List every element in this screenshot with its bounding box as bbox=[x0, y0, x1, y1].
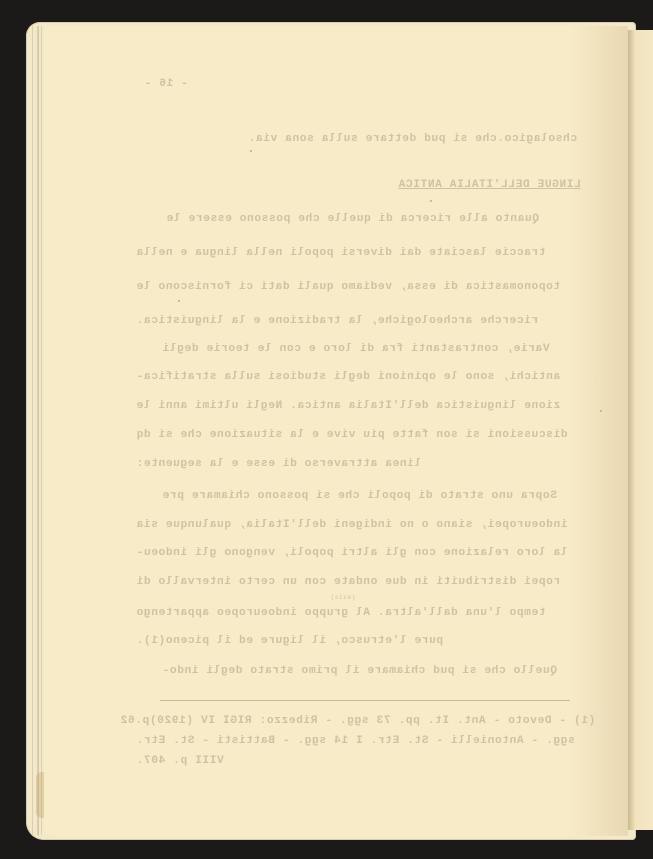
text-line: traccie lasciate dai diversi popoli nell… bbox=[136, 238, 546, 268]
text-line: ricerche archeologiche, la tradizione e … bbox=[136, 306, 538, 336]
page-edge-line bbox=[32, 26, 33, 835]
speck bbox=[430, 200, 432, 202]
page-number: - 16 - bbox=[144, 78, 188, 90]
text-line: tempo l'una dall'altra. Al gruppo indoeu… bbox=[136, 598, 546, 628]
page-edge-line bbox=[41, 26, 42, 835]
text-line: Sopra uno strato di popoli che si posson… bbox=[162, 481, 557, 511]
text-line: antichi, sono le opinioni degli studiosi… bbox=[136, 362, 560, 392]
text-line: discussioni si son fatte piu vive e la s… bbox=[136, 420, 568, 450]
speck bbox=[600, 410, 602, 412]
text-line: Quanto alle ricerca di quelle che posson… bbox=[166, 204, 539, 234]
text-line: ropei distribuiti in due ondate con un c… bbox=[136, 567, 560, 597]
text-line: Quello che si pud chiamare il primo stra… bbox=[162, 656, 557, 686]
scanned-book-page: - 16 - chsolagico.che si pud dettare sul… bbox=[0, 0, 653, 859]
section-heading: LINGUE DELL'ITALIA ANTICA bbox=[398, 170, 581, 200]
text-line: indoeuropei, siano o no indigeni dell'It… bbox=[136, 510, 568, 540]
footnote-line: (1) - Devoto - Ant. It. pp. 73 sgg. - Ri… bbox=[120, 711, 595, 731]
speck bbox=[178, 300, 180, 302]
text-line: chsolagico.che si pud dettare sulla sona… bbox=[248, 124, 577, 154]
text-line: pure l'etrusco, il ligure ed il piceno(1… bbox=[136, 626, 443, 656]
footnote-line: VIII p. 407. bbox=[136, 751, 224, 771]
text-line: linea attraverso di esse e la seguente: bbox=[136, 449, 421, 479]
text-line: zione linguistica dell'Italia antica. Ne… bbox=[136, 391, 560, 421]
text-line: toponomastica di essa, vediamo quali dat… bbox=[136, 272, 560, 302]
facing-page-edge bbox=[628, 30, 653, 830]
speck bbox=[250, 150, 252, 152]
text-line: Varie, contrastanti fra di loro e con le… bbox=[162, 334, 550, 364]
page-edge-line bbox=[37, 26, 38, 835]
footnote-line: sgg. - Antonielli - St. Etr. I 14 sgg. -… bbox=[136, 731, 575, 751]
text-line: la loro relazione con gli altri popoli, … bbox=[136, 538, 568, 568]
footnote-rule bbox=[160, 700, 570, 701]
